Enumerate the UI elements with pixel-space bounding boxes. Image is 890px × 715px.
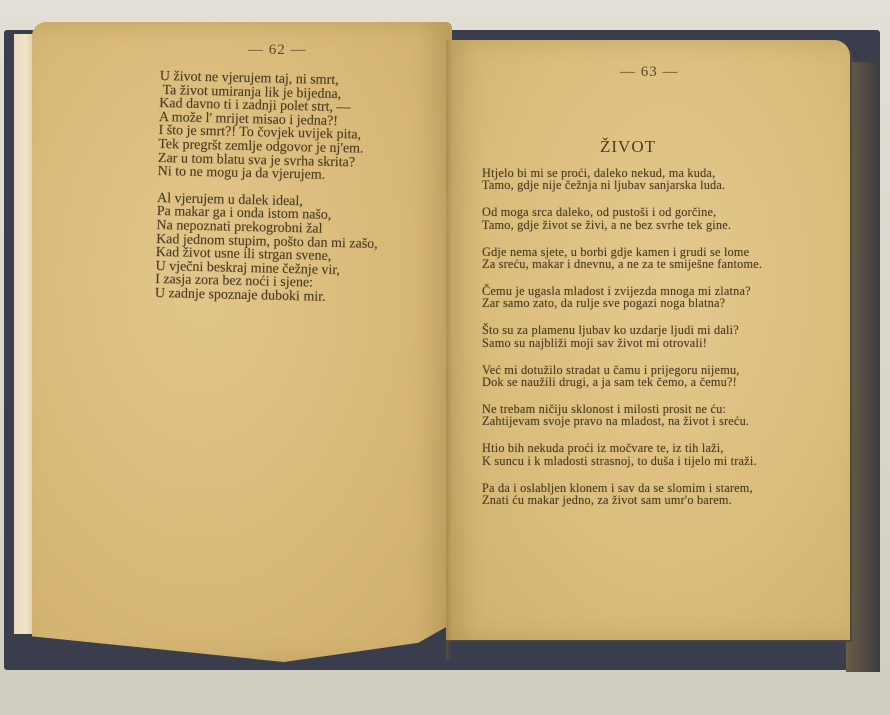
poem-line: Znati ću makar jedno, za život sam umr'o…	[482, 494, 762, 506]
stanza: U život ne vjerujem taj, ni smrt, Ta živ…	[158, 70, 382, 184]
stanza: Pa da i oslabljen klonem i sav da se slo…	[482, 482, 762, 507]
poem-line: Tamo, gdje život se živi, a ne bez svrhe…	[482, 219, 762, 231]
poem-line: Od moga srca daleko, od pustoši i od gor…	[482, 206, 762, 218]
right-page-number: — 63 —	[620, 64, 679, 81]
stanza: Al vjerujem u dalek ideal, Pa makar ga i…	[155, 192, 379, 306]
poem-line: Dok se naužili drugi, a ja sam tek čemo,…	[482, 376, 762, 388]
poem-line: Htio bih nekuda proći iz močvare te, iz …	[482, 442, 762, 454]
poem-line: Što su za plamenu ljubav ko uzdarje ljud…	[482, 324, 762, 336]
poem-line: K suncu i k mladosti strasnoj, to duša i…	[482, 455, 762, 467]
stanza: Što su za plamenu ljubav ko uzdarje ljud…	[482, 324, 762, 349]
book-cover-edge	[846, 62, 880, 672]
stanza: Već mi dotužilo stradat u čamu i prijego…	[482, 364, 762, 389]
poem-line: Zahtijevam svoje pravo na mladost, na ži…	[482, 415, 762, 427]
right-poem: Htjelo bi mi se proći, daleko nekud, ma …	[482, 167, 762, 521]
book-gutter	[446, 40, 452, 660]
poem-line: Tamo, gdje nije čežnja ni ljubav sanjars…	[482, 179, 762, 191]
stanza: Ne trebam ničiju sklonost i milosti pros…	[482, 403, 762, 428]
poem-line: Za sreću, makar i dnevnu, a ne za te smi…	[482, 258, 762, 270]
stanza: Od moga srca daleko, od pustoši i od gor…	[482, 206, 762, 231]
left-page-number: — 62 —	[248, 42, 307, 59]
stanza: Čemu je ugasla mladost i zvijezda mnoga …	[482, 285, 762, 310]
stanza: Gdje nema sjete, u borbi gdje kamen i gr…	[482, 246, 762, 271]
stanza: Htio bih nekuda proći iz močvare te, iz …	[482, 442, 762, 467]
left-poem: U život ne vjerujem taj, ni smrt, Ta živ…	[154, 70, 381, 318]
poem-title: ŽIVOT	[600, 137, 656, 157]
page-stack-left	[14, 34, 34, 634]
poem-line: Samo su najbliži moji sav život mi otrov…	[482, 337, 762, 349]
stanza: Htjelo bi mi se proći, daleko nekud, ma …	[482, 167, 762, 192]
poem-line: Zar samo zato, da rulje sve pogazi noga …	[482, 297, 762, 309]
